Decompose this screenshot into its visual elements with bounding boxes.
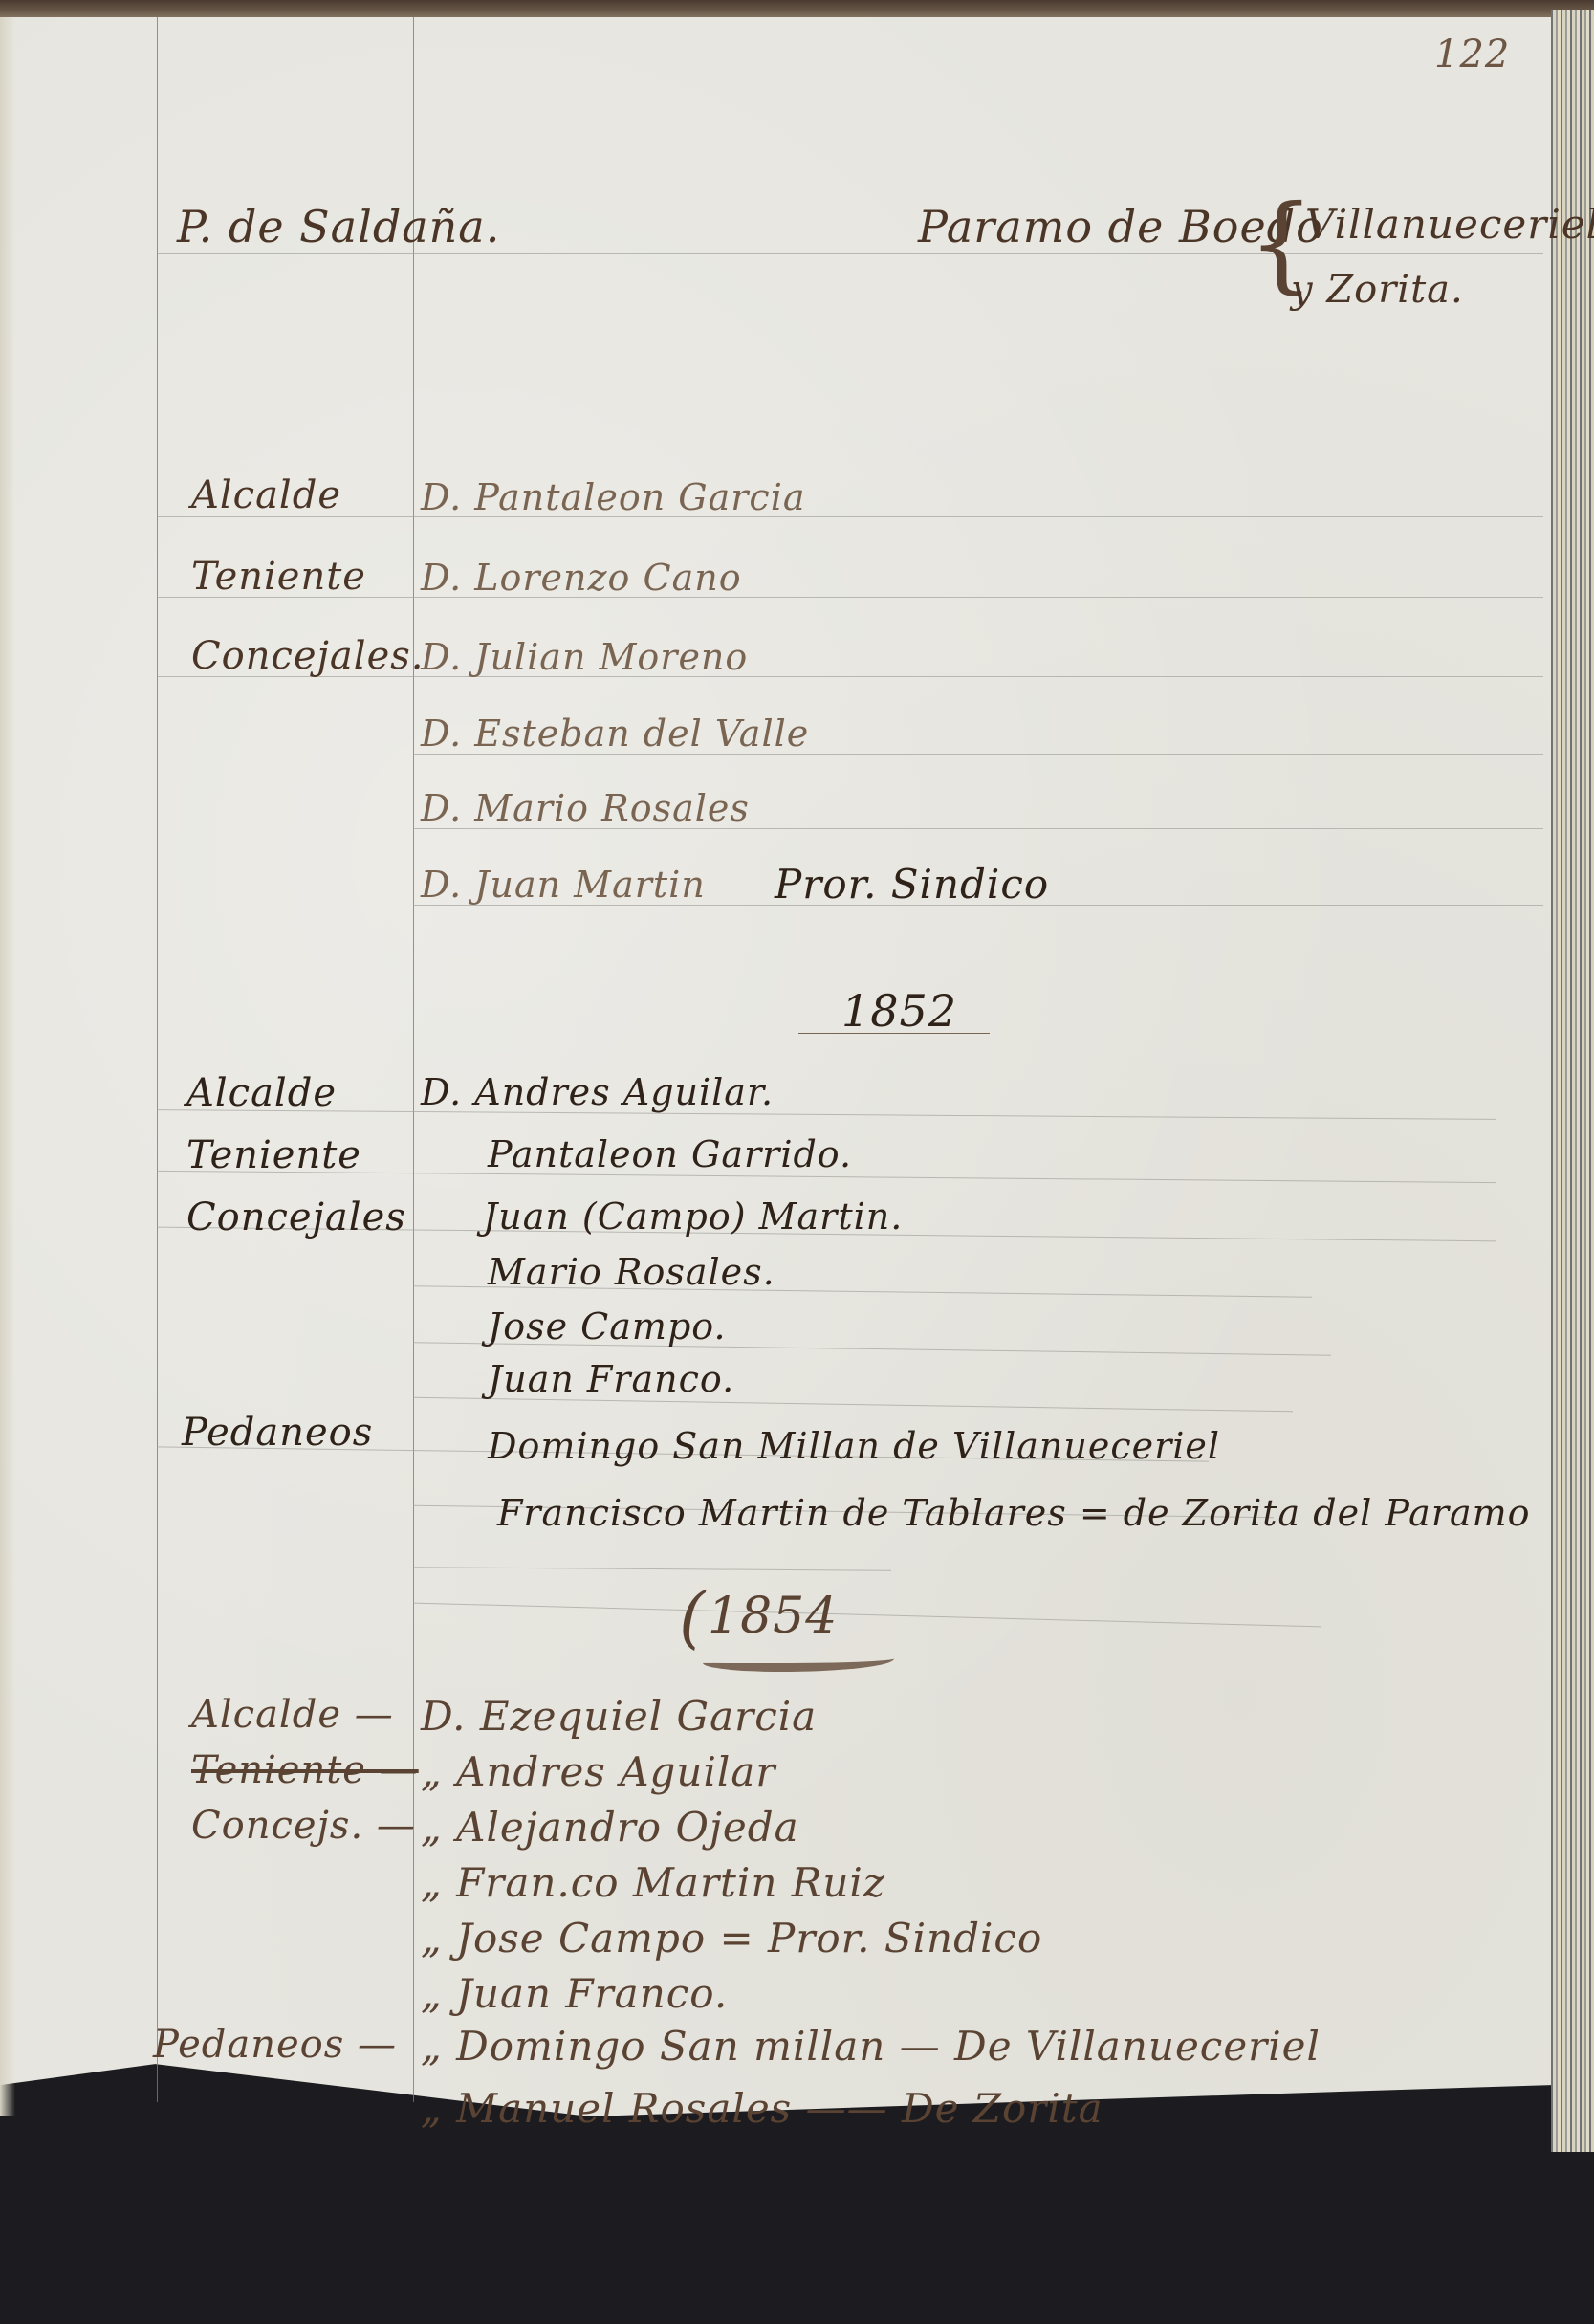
- member-name: D. Pantaleon Garcia: [421, 476, 806, 518]
- member-name: „ Manuel Rosales —— De Zorita: [421, 2085, 1103, 2132]
- villages-line-2: y Zorita.: [1291, 268, 1464, 312]
- member-name: Pantaleon Garrido.: [488, 1133, 852, 1175]
- ledger-page: [0, 17, 1551, 2116]
- member-name: D. Juan Martin: [421, 864, 706, 906]
- member-name: D. Esteban del Valle: [421, 713, 809, 755]
- role-label: Teniente —: [191, 1748, 419, 1792]
- year-underline: [798, 1033, 990, 1034]
- member-name: Mario Rosales.: [488, 1251, 775, 1293]
- book-top-edge: [0, 0, 1594, 19]
- role-label: Pedaneos: [182, 1411, 373, 1455]
- member-name: D. Julian Moreno: [421, 636, 748, 678]
- left-margin-rule: [157, 17, 158, 2102]
- member-note: Pror. Sindico: [775, 861, 1049, 908]
- member-name: Juan (Campo) Martin.: [483, 1195, 903, 1238]
- member-name: Juan Franco.: [488, 1358, 734, 1400]
- member-name: „ Alejandro Ojeda: [421, 1804, 799, 1851]
- member-name: Domingo San Millan de Villanueceriel: [488, 1425, 1220, 1467]
- role-label: Alcalde: [186, 1071, 337, 1115]
- ruled-line: [157, 253, 1543, 254]
- member-name: „ Jose Campo = Pror. Sindico: [421, 1915, 1042, 1962]
- role-label: Teniente: [191, 555, 366, 599]
- role-label: Pedaneos —: [153, 2023, 397, 2067]
- member-name: D. Mario Rosales: [421, 787, 750, 829]
- role-label: Concejs. —: [191, 1804, 416, 1848]
- role-label: Alcalde: [191, 473, 341, 517]
- district-heading: P. de Saldaña.: [177, 201, 500, 252]
- member-name: Jose Campo.: [488, 1305, 727, 1348]
- member-name: „ Domingo San millan — De Villanueceriel: [421, 2023, 1321, 2070]
- role-label: Alcalde —: [191, 1693, 394, 1737]
- year-heading: 1854: [708, 1588, 838, 1645]
- villages-line-1: Villanueceriel: [1305, 201, 1594, 248]
- member-name: D. Lorenzo Cano: [421, 557, 742, 599]
- ruled-line: [157, 516, 1543, 517]
- member-name: Francisco Martin de Tablares = de Zorita…: [497, 1492, 1531, 1534]
- role-label: Concejales.: [191, 634, 424, 678]
- year-heading: 1852: [841, 985, 957, 1037]
- member-name: „ Fran.co Martin Ruiz: [421, 1859, 885, 1906]
- member-name: „ Juan Franco.: [421, 1970, 728, 2017]
- page-gutter-shadow: [0, 17, 15, 2116]
- role-label: Teniente: [186, 1133, 361, 1177]
- book-page-edges: [1551, 10, 1594, 2152]
- member-name: D. Andres Aguilar.: [421, 1071, 774, 1113]
- member-name: D. Ezequiel Garcia: [421, 1693, 817, 1740]
- member-name: „ Andres Aguilar: [421, 1748, 775, 1795]
- role-label: Concejales: [186, 1195, 406, 1239]
- parenthesis: (: [679, 1578, 706, 1656]
- page-number: 122: [1434, 33, 1510, 77]
